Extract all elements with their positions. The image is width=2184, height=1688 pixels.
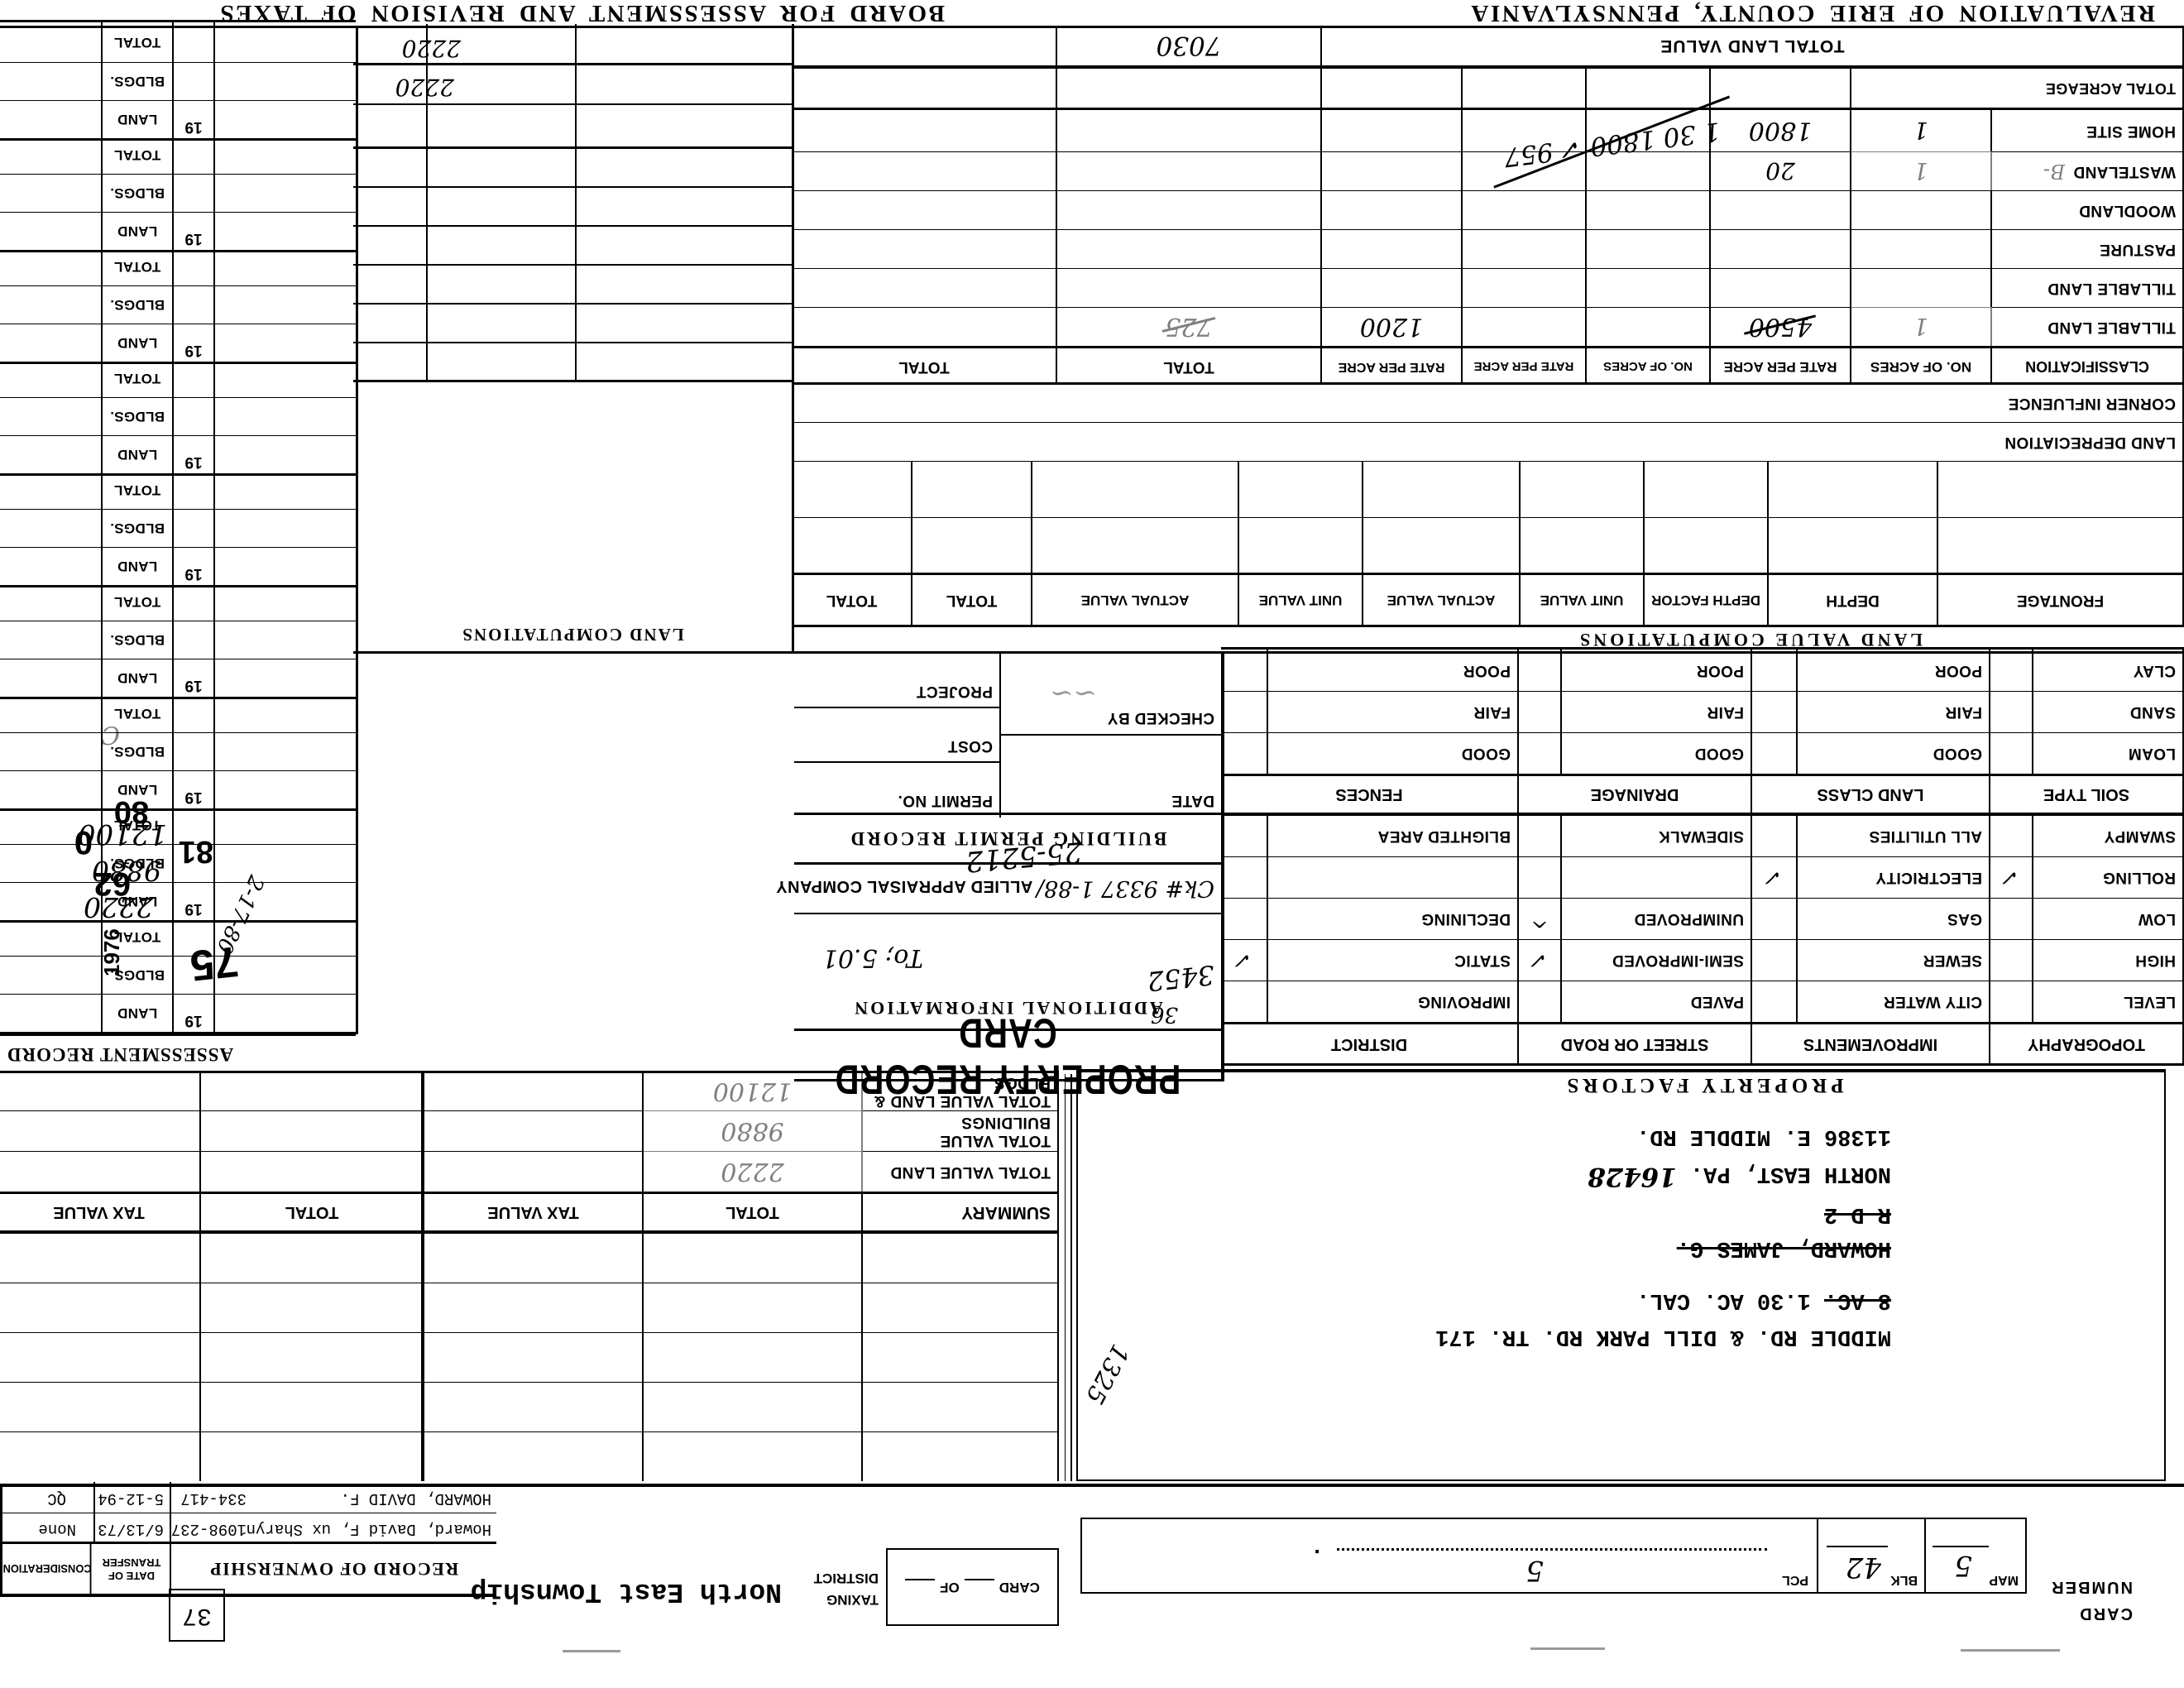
banner-right: BOARD FOR ASSESSMENT AND REVISION OF TAX… [218,0,945,26]
factor-paved-check [1519,981,1562,1022]
landclass-good: GOOD [1798,732,1990,774]
scan-artifact-dash [563,1650,620,1652]
assessment-bldgs-label: BLDGS. [103,398,174,435]
acreage-header-no-acres-1: NO. OF ACRES [1851,346,1992,385]
summary-blank-cell [0,1233,201,1283]
soil-header-drainage: DRAINAGE [1519,774,1752,815]
assessment-year: 19 [174,659,215,697]
lvc-header-actual-value-1: ACTUAL VALUE [1363,573,1521,625]
acreage-wasteland-label-cell: WASTELAND B- [1992,151,2182,190]
land-comp-hline [353,63,792,65]
summary-blank-cell [863,1382,1057,1431]
acreage-blank-cell [1057,108,1322,151]
soil-loam: LOAM [2033,732,2182,774]
acreage-blank-cell [1463,307,1587,346]
summary-blank-cell [424,1110,644,1151]
assessment-year: 19 [174,771,215,808]
card-number-line1: CARD [2050,1600,2133,1627]
permit-right-row-line [794,707,1001,708]
map-cell: MAP 5 [1924,1519,2025,1592]
building-permit-record-box: Ck# 9337 1-88/ ALLIED APPRAISAL COMPANY … [794,654,1221,913]
assessment-spacer [215,695,356,732]
building-permit-table: DATE CHECKED BY ∽∽ PERMIT NO. COST PROJE… [794,654,1221,818]
summary-table: SUMMARY TOTAL TAX VALUE TOTAL TAX VALUE … [0,1072,1059,1481]
permit-right-row-line [794,761,1001,763]
factor-sewer: SEWER [1798,939,1990,981]
assessment-block-9: 19LAND BLDGS. TOTAL [0,20,356,141]
factor-blank [1268,856,1519,898]
summary-blank-cell [644,1332,863,1382]
assessment-land-value [0,324,103,362]
assessment-spacer [215,63,356,100]
assessment-land-value [0,659,103,697]
assessment-record-title: ASSESSMENT RECORD [0,1038,240,1071]
acreage-blank-cell [1587,190,1711,229]
soil-check-cell [1519,650,1562,691]
soil-check-cell [1221,650,1268,691]
assessment-bldgs-value [0,286,103,324]
summary-blank-cell [863,1431,1057,1481]
permit-date-label: DATE [1171,791,1214,809]
assessment-spacer [215,398,356,435]
acreage-blank-cell [793,307,1057,346]
assessment-block-1: 19LAND BLDGS. TOTAL [0,918,356,1034]
soil-check-cell [1990,732,2033,774]
assessment-stamp-1976: 1976 [99,928,125,976]
assessment-year-cont [174,695,215,732]
summary-blank-cell [863,1332,1057,1382]
assessment-spacer [215,472,356,509]
appraisal-company-name: ALLIED APPRAISAL COMPANY [776,877,1033,895]
assessment-total-value [0,360,103,397]
acreage-struck: 8 AC. [1824,1288,1891,1312]
soil-check-cell [1752,650,1798,691]
ownership-right-edge [0,1485,2,1597]
assessment-spacer [215,324,356,362]
assessment-year-cont [174,175,215,212]
lvc-blank-cell [1363,461,1521,517]
township-name: North East Township [471,1576,782,1607]
pcl-dotted-line [1337,1548,1767,1551]
factor-all-utilities: ALL UTILITIES [1798,815,1990,856]
summary-blank-cell [201,1110,424,1151]
land-comp-hline [353,304,792,305]
lvc-header-depth: DEPTH [1769,573,1938,625]
lvc-blank-cell [1239,517,1363,573]
banner-left: REVALUATION OF ERIE COUNTY, PENNSYLVANIA [1469,0,2155,26]
factor-high-check [1990,939,2033,981]
checked-by-scribble: ∽∽ [1050,677,1097,710]
assessment-total-value [0,583,103,621]
summary-blank-cell [424,1332,644,1382]
factors-header-district: DISTRICT [1221,1022,1519,1063]
zip-handwritten: 16428 [1588,1162,1677,1192]
summary-blank-cell [0,1431,201,1481]
total-land-value-hw: 7030 [1157,31,1222,61]
factor-rolling-check: ✓ [1990,856,2033,898]
center-column-left-rule [1221,654,1224,1080]
assessment-year-cont [174,621,215,659]
lvc-blank-cell [1769,461,1938,517]
assessment-year: 19 [174,883,215,920]
assessment-land-label: LAND [103,548,174,585]
factor-level: LEVEL [2033,981,2182,1022]
land-comp-hline [353,343,792,344]
factor-blighted-area: BLIGHTED AREA [1268,815,1519,856]
acreage-pasture-label: PASTURE [1992,229,2182,268]
summary-col-taxvalue-2: TAX VALUE [0,1192,201,1233]
fences-fair: FAIR [1268,691,1519,732]
acreage-blank-cell [793,268,1057,307]
acreage-blank-cell [793,190,1057,229]
factor-level-check [1990,981,2033,1022]
assessment-year-cont [174,398,215,435]
card-number-line2: NUMBER [2050,1574,2133,1600]
summary-blank-cell [201,1283,424,1332]
acreage-blank-cell [1322,229,1463,268]
assessment-spacer [215,286,356,324]
assessment-year-cont [174,583,215,621]
acreage-tillable-2-label: TILLABLE LAND [1992,268,2182,307]
land-comp-hline [353,265,792,266]
land-computations-title: LAND COMPUTATIONS [353,624,792,645]
consideration-value: None [38,1520,76,1538]
drainage-fair: FAIR [1562,691,1752,732]
factor-sidewalk: SIDEWALK [1562,815,1752,856]
lvc-header-actual-value-2: ACTUAL VALUE [1032,573,1239,625]
scan-artifact-dash [1530,1647,1605,1650]
card-of-blank-1 [965,1579,994,1595]
blk-blank-line [1827,1546,1888,1547]
lvc-blank-cell [1032,461,1239,517]
address-block: 1325 MIDDLE RD. & DILL PARK RD. TR. 171 … [1076,1069,2166,1481]
soil-header-fences: FENCES [1221,774,1519,815]
summary-blank-cell [0,1332,201,1382]
assessment-total-label: TOTAL [103,22,174,62]
lvc-blank-cell [1032,517,1239,573]
assessment-block-6: 19LAND BLDGS. TOTAL [0,360,356,476]
acreage-blank-cell [1587,68,1711,108]
deed-book-page: 334-417 [180,1489,247,1508]
ownership-title: RECORD OF OWNERSHIP [171,1544,496,1594]
deed-book-page: 1098-237 [171,1520,247,1538]
summary-col-total-1: TOTAL [644,1192,863,1233]
transfer-date: 5-12-94 [98,1489,164,1508]
wasteland-rate-hw: 20 [1711,151,1851,190]
factor-static: STATIC [1268,939,1519,981]
pcl-period: . [1314,1544,1320,1571]
lvc-blank-cell [1239,461,1363,517]
soil-check-cell [1519,691,1562,732]
lvc-header-unit-value-2: UNIT VALUE [1239,573,1363,625]
assessment-total-value [0,472,103,509]
acreage-blank-cell [793,68,1057,108]
assessment-land-label: LAND [103,324,174,362]
owner-name: HOWARD, DAVID F. [341,1489,491,1508]
factor-rolling: ROLLING [2033,856,2182,898]
assessment-spacer [215,175,356,212]
acreage-blank-cell [1851,190,1992,229]
assessment-spacer [215,248,356,285]
assessment-year: 19 [174,101,215,138]
summary-blank-cell [0,1110,201,1151]
lvc-blank-cell [1938,461,2182,517]
lvc-blank-cell [793,461,912,517]
summary-blank-cell [644,1233,863,1283]
home-site-acres-hw: 1 [1851,108,1992,151]
assessment-spacer [215,360,356,397]
fences-good: GOOD [1268,732,1519,774]
summary-blank-cell [201,1151,424,1192]
assessment-total-label: TOTAL [103,360,174,397]
blk-value-handwritten: 42 [1846,1551,1881,1584]
acreage-blank-cell [1587,268,1711,307]
factor-blank-check [1221,856,1268,898]
acreage-blank-cell [1711,68,1851,108]
address-line-prior-owner: HOWARD, JAMES G. [1677,1235,1891,1260]
tillable-1-total-hw: 725 [1057,307,1322,346]
assessment-total-label: TOTAL [103,583,174,621]
acreage-blank-cell [1057,151,1322,190]
address-line-street: 11386 E. MIDDLE RD. [1636,1124,1891,1149]
permit-table-divider [999,654,1001,818]
home-site-rate-hw: 1800 [1711,108,1851,151]
additional-hw-3452: 3452 [1146,959,1216,997]
assessment-land-label: LAND [103,213,174,250]
wasteland-acres-hw: 1 [1851,151,1992,190]
assessment-stamp-80: 80 [114,794,149,829]
assessment-year-cont [174,733,215,770]
lvc-blank-cell [1363,517,1521,573]
address-line-acreage: 8 AC. 1.30 AC. CAL. [1636,1288,1891,1312]
factor-unimproved-check: ^ [1519,898,1562,939]
factor-improving: IMPROVING [1268,981,1519,1022]
assessment-left-rule [356,26,358,1034]
acreage-header-rate-2: RATE PER ACRE [1463,346,1587,385]
date-of-transfer-line1: DATE OF [108,1569,155,1582]
assessment-year: 19 [174,436,215,473]
assessment-total-label: TOTAL [103,137,174,174]
assessment-land-label: LAND [103,101,174,138]
pcl-cell: PCL 5 . [1084,1519,1817,1592]
wasteland-note-hw: B- [2043,160,2065,183]
map-blank-line [1933,1546,1989,1547]
acreage-blank-cell [793,108,1057,151]
soil-check-cell [1221,732,1268,774]
summary-blank-cell [0,1283,201,1332]
assessment-spacer [215,548,356,585]
rotated-card-content: CARD NUMBER MAP 5 BLK 42 PCL 5 . CARD OF… [0,0,2184,1688]
assessment-top-rule [0,1033,356,1036]
assessment-total-value [0,137,103,174]
address-line-location: MIDDLE RD. & DILL PARK RD. TR. 171 [1435,1324,1891,1349]
assessment-bldgs-label: BLDGS. [103,175,174,212]
acreage-header-rate-3: RATE PER ACRE [1322,346,1463,385]
scanned-property-record-card-page: CARD NUMBER MAP 5 BLK 42 PCL 5 . CARD OF… [0,0,2184,1688]
assessment-block-4: 19LAND BLDGS. TOTAL [0,583,356,699]
acreage-wasteland-label: WASTELAND [2073,162,2176,180]
acreage-blank-cell [1463,268,1587,307]
land-computations-box: LAND COMPUTATIONS 2220 2220 [353,24,794,654]
factors-header-topography: TOPOGRAPHY [1990,1022,2182,1063]
summary-blank-cell [644,1431,863,1481]
soil-header-soil-type: SOIL TYPE [1990,774,2182,815]
acreage-blank-cell [793,26,1057,68]
appraisal-company-line: Ck# 9337 1-88/ ALLIED APPRAISAL COMPANY [794,875,1214,901]
soil-check-cell [1990,650,2033,691]
summary-blank-cell [424,1233,644,1283]
map-blk-pcl-box: MAP 5 BLK 42 PCL 5 . [1080,1518,2027,1594]
transfer-date: 6/13/73 [98,1520,164,1538]
factor-high: HIGH [2033,939,2182,981]
assessment-bldgs-label: BLDGS. [103,63,174,100]
acreage-blank-cell [1711,229,1851,268]
factor-semi-improved-check: ✓ [1519,939,1562,981]
factor-semi-improved: SEMI-IMPROVED [1562,939,1752,981]
factor-gas: GAS [1798,898,1990,939]
assessment-year-cont [174,248,215,285]
tillable-1-acres-hw: 1 [1851,307,1992,346]
lvc-header-unit-value-1: UNIT VALUE [1521,573,1645,625]
drainage-poor: POOR [1562,650,1752,691]
taxing-line2: DISTRICT [814,1567,879,1589]
assessment-year-cont [174,137,215,174]
factor-city-water-check [1752,981,1798,1022]
acreage-blank-cell [1463,190,1587,229]
lvc-title: LAND VALUE COMPUTATIONS [1315,628,2184,651]
factor-static-check: ✓ [1221,939,1268,981]
summary-blank-cell [863,1233,1057,1283]
summary-blank-cell [201,1072,424,1110]
assessment-faint-c: C [101,720,120,749]
summary-blank-cell [644,1382,863,1431]
assessment-land-value [0,995,103,1032]
map-value-handwritten: 5 [1954,1549,1972,1582]
land-comp-value-2: 2220 [402,35,461,62]
assessment-total-value [0,22,103,62]
address-handwritten-note: 1325 [1079,1340,1134,1409]
assessment-land-value [0,213,103,250]
assessment-bldgs-value [0,63,103,100]
assessment-year-cont [174,472,215,509]
factor-gas-check [1752,898,1798,939]
acreage-blank-cell [1711,268,1851,307]
acreage-blank-cell [1587,307,1711,346]
assessment-block-7: 19LAND BLDGS. TOTAL [0,248,356,364]
landclass-fair: FAIR [1798,691,1990,732]
assessment-year-cont [174,286,215,324]
lvc-table: FRONTAGE DEPTH DEPTH FACTOR UNIT VALUE A… [793,382,2184,627]
summary-blank-cell [644,1283,863,1332]
lvc-blank-cell [912,517,1032,573]
summary-buildings-total-handwritten: 9880 [644,1110,863,1151]
soil-check-cell [1519,732,1562,774]
assessment-land-label: LAND [103,659,174,697]
lvc-blank-cell [1769,517,1938,573]
summary-land-total-handwritten: 2220 [644,1151,863,1192]
assessment-spacer [215,995,356,1032]
drainage-good: GOOD [1562,732,1752,774]
summary-blank-cell [201,1382,424,1431]
assessment-bldgs-label: BLDGS. [103,510,174,547]
factor-city-water: CITY WATER [1798,981,1990,1022]
divider-top-strip [0,1484,2184,1487]
assessment-stamp-81: 81 [179,833,213,869]
owner-name: Howard, David F, ux Sharyn [247,1520,491,1538]
card-number-label: CARD NUMBER [2050,1574,2133,1627]
lvc-header-total-1: TOTAL [912,573,1032,625]
summary-title: SUMMARY [863,1192,1057,1233]
summary-blank-cell [0,1151,201,1192]
assessment-bldgs-label: BLDGS. [103,621,174,659]
summary-blank-cell [863,1283,1057,1332]
assessment-spacer [215,583,356,621]
assessment-spacer [215,771,356,808]
assessment-block-8: 19LAND BLDGS. TOTAL [0,137,356,252]
acreage-blank-cell [1322,190,1463,229]
acreage-table: CLASSIFICATION NO. OF ACRES RATE PER ACR… [793,26,2184,385]
taxing-district-label: TAXING DISTRICT [814,1567,879,1610]
acreage-blank-cell [1322,268,1463,307]
pcl-value-handwritten: 5 [1525,1554,1544,1587]
assessment-total-value [0,248,103,285]
factor-unimproved: UNIMPROVED [1562,898,1752,939]
soil-check-cell [1990,691,2033,732]
assessment-bldgs-value [0,733,103,770]
assessment-land-value [0,771,103,808]
assessment-spacer [215,659,356,697]
additional-information-box: ADDITIONAL INFORMATION 36 3452 To; 5.01 [794,913,1221,1029]
summary-blank-cell [0,1072,201,1110]
acreage-blank-cell [1587,229,1711,268]
assessment-spacer [215,621,356,659]
assessment-year: 19 [174,548,215,585]
assessment-bldgs-value [0,621,103,659]
acreage-header-classification: CLASSIFICATION [1992,346,2182,385]
land-comp-hline [353,187,792,189]
factor-blank-check [1519,856,1562,898]
factors-header-improvements: IMPROVEMENTS [1752,1022,1990,1063]
permit-no-label: PERMIT NO. [898,791,993,809]
summary-row-buildings-label: TOTAL VALUE BUILDINGS [863,1110,1057,1151]
summary-blank-cell [424,1283,644,1332]
total-land-value-label: TOTAL LAND VALUE [1322,26,2182,68]
lvc-header-total-2: TOTAL [793,573,912,625]
summary-blank-cell [424,1072,644,1110]
assessment-land-value [0,436,103,473]
lvc-blank-cell [1938,517,2182,573]
soil-check-cell [1752,691,1798,732]
assessment-spacer [215,510,356,547]
card-of-blank-2 [905,1579,935,1595]
assessment-total-label: TOTAL [103,248,174,285]
assessment-year-cont [174,360,215,397]
acreage-header-no-acres-2: NO. OF ACRES [1587,346,1711,385]
address-line-rd2: R D 2 [1824,1201,1891,1226]
summary-blank-cell [424,1151,644,1192]
acreage-header-total-1: TOTAL [1057,346,1322,385]
acreage-blank-cell [1057,68,1322,108]
soil-check-cell [1221,691,1268,732]
assessment-spacer [215,22,356,62]
factor-low-check [1990,898,2033,939]
consideration-value: QC [47,1489,66,1508]
address-summary-divider [1070,1074,1072,1481]
factor-electricity-check: ✓ [1752,856,1798,898]
assessment-total-value [0,695,103,732]
scan-artifact-dash [1961,1649,2060,1652]
tillable-1-rate3-hw: 1200 [1322,307,1463,346]
